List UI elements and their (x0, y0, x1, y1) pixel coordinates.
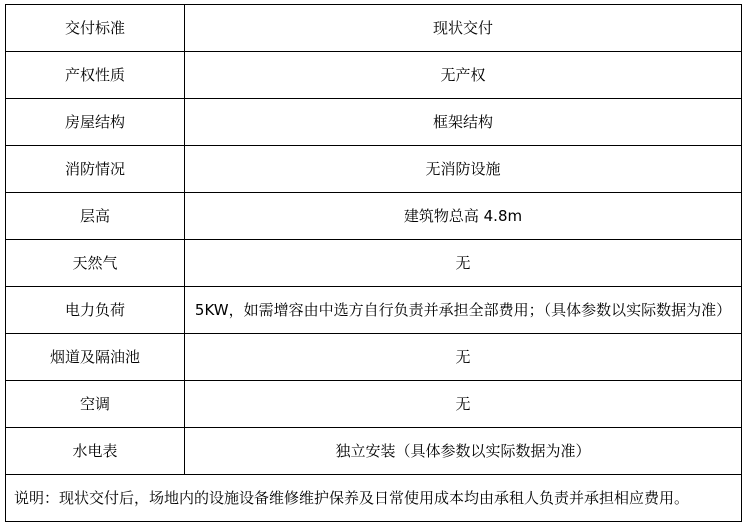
row-label-floor-height: 层高 (6, 193, 185, 240)
table-note: 说明：现状交付后，场地内的设施设备维修维护保养及日常使用成本均由承租人负责并承担… (6, 475, 741, 521)
row-label-power-load: 电力负荷 (6, 287, 185, 334)
row-value-floor-height: 建筑物总高 4.8m (185, 193, 741, 240)
row-value-air-conditioning: 无 (185, 381, 741, 428)
row-label-fire-safety: 消防情况 (6, 146, 185, 193)
row-label-utility-meters: 水电表 (6, 428, 185, 475)
row-label-flue-grease-trap: 烟道及隔油池 (6, 334, 185, 381)
row-value-flue-grease-trap: 无 (185, 334, 741, 381)
delivery-spec-table: 交付标准 现状交付 产权性质 无产权 房屋结构 框架结构 消防情况 无消防设施 … (5, 4, 742, 522)
row-value-utility-meters: 独立安装（具体参数以实际数据为准） (185, 428, 741, 475)
row-value-property-rights: 无产权 (185, 52, 741, 99)
row-value-fire-safety: 无消防设施 (185, 146, 741, 193)
row-label-natural-gas: 天然气 (6, 240, 185, 287)
row-label-air-conditioning: 空调 (6, 381, 185, 428)
row-value-power-load: 5KW，如需增容由中选方自行负责并承担全部费用；（具体参数以实际数据为准） (185, 287, 741, 334)
row-label-delivery-standard: 交付标准 (6, 5, 185, 52)
row-value-building-structure: 框架结构 (185, 99, 741, 146)
row-label-building-structure: 房屋结构 (6, 99, 185, 146)
row-value-natural-gas: 无 (185, 240, 741, 287)
row-label-property-rights: 产权性质 (6, 52, 185, 99)
delivery-spec-page: 交付标准 现状交付 产权性质 无产权 房屋结构 框架结构 消防情况 无消防设施 … (0, 0, 748, 530)
row-value-delivery-standard: 现状交付 (185, 5, 741, 52)
